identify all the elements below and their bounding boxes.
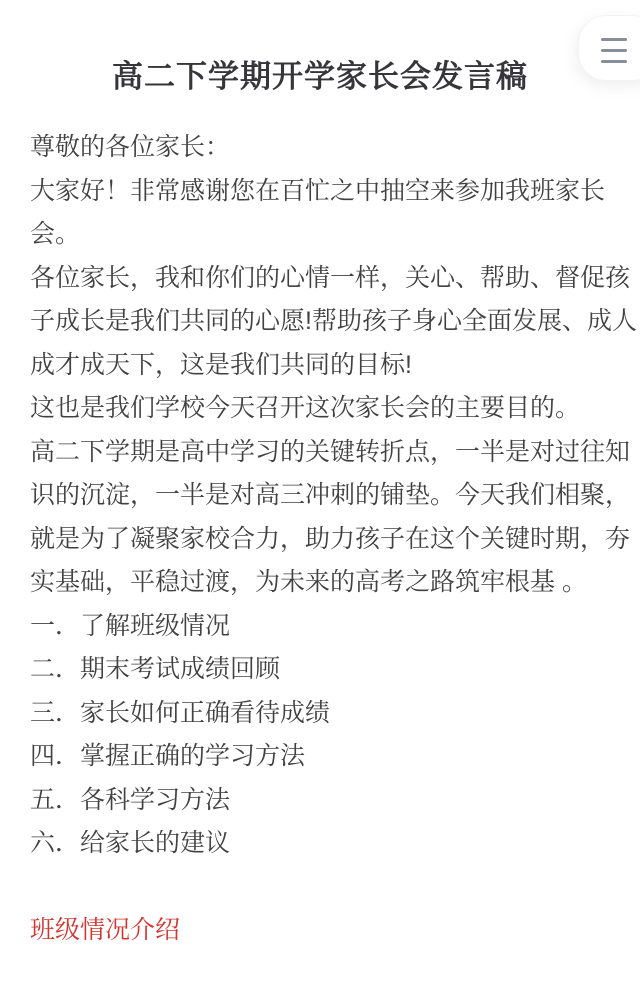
page-title: 高二下学期开学家长会发言稿 [0, 51, 640, 96]
body-line: 尊敬的各位家长： [30, 126, 615, 170]
body-line: 成才成天下，这是我们共同的目标! [30, 344, 615, 388]
body-line: 高二下学期是高中学习的关键转折点，一半是对过往知 [30, 431, 615, 475]
body-line: 子成长是我们共同的心愿!帮助孩子身心全面发展、成人 [30, 300, 615, 344]
body-line: 实基础，平稳过渡，为未来的高考之路筑牢根基 。 [30, 561, 615, 605]
body-line: 识的沉淀，一半是对高三冲刺的铺垫。今天我们相聚， [30, 474, 615, 518]
body-line: 会。 [30, 213, 615, 257]
hamburger-bar [601, 38, 627, 41]
agenda-item: 二．期末考试成绩回顾 [30, 648, 615, 692]
article-page: 高二下学期开学家长会发言稿 尊敬的各位家长： 大家好！非常感谢您在百忙之中抽空来… [0, 0, 640, 1002]
document-body: 尊敬的各位家长： 大家好！非常感谢您在百忙之中抽空来参加我班家长 会。 各位家长… [30, 126, 615, 953]
body-line: 这也是我们学校今天召开这次家长会的主要目的。 [30, 387, 615, 431]
agenda-item: 五．各科学习方法 [30, 779, 615, 823]
agenda-item: 一．了解班级情况 [30, 605, 615, 649]
body-line: 就是为了凝聚家校合力，助力孩子在这个关键时期，夯 [30, 518, 615, 562]
body-line: 大家好！非常感谢您在百忙之中抽空来参加我班家长 [30, 170, 615, 214]
agenda-item: 六．给家长的建议 [30, 822, 615, 866]
menu-button[interactable] [578, 15, 640, 81]
blank-line [30, 866, 615, 910]
agenda-item: 三．家长如何正确看待成绩 [30, 692, 615, 736]
agenda-item: 四．掌握正确的学习方法 [30, 735, 615, 779]
hamburger-bar [601, 49, 627, 52]
hamburger-bar [601, 60, 627, 63]
section-heading: 班级情况介绍 [30, 909, 615, 953]
hamburger-menu-icon [601, 38, 627, 63]
body-line: 各位家长，我和你们的心情一样，关心、帮助、督促孩 [30, 257, 615, 301]
